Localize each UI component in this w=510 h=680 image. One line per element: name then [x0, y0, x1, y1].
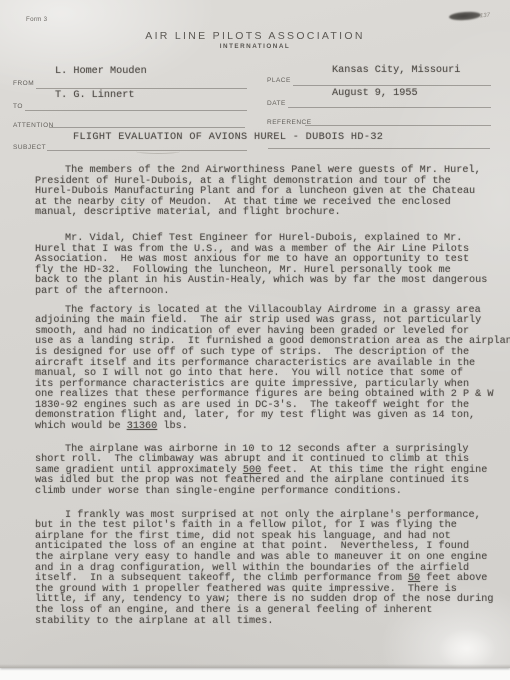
date-field-rule [288, 107, 491, 108]
scanned-memo-background: { "header": { "form_number": "Form 3", "… [0, 0, 510, 680]
organization-title: AIR LINE PILOTS ASSOCIATION [0, 30, 510, 42]
paragraph: I frankly was most surprised at not only… [35, 511, 510, 628]
from-label: FROM [13, 80, 34, 87]
underlined-number: 50 [408, 573, 420, 584]
form-number: Form 3 [26, 16, 47, 23]
to-value: T. G. Linnert [55, 90, 134, 101]
attention-field-rule [49, 127, 245, 128]
reference-field-rule [305, 125, 491, 126]
to-label: TO [13, 103, 23, 110]
from-field-rule [36, 88, 247, 89]
page-bottom-edge [0, 664, 510, 668]
to-field-rule [25, 110, 247, 111]
paragraph: The airplane was airborne in 10 to 12 se… [35, 445, 510, 498]
body-paragraphs: The members of the 2nd Airworthiness Pan… [35, 166, 510, 627]
subject-field-rule-right [268, 148, 490, 149]
pencil-squiggle-mark [136, 149, 180, 154]
place-field-rule [293, 85, 491, 86]
paragraph: Mr. Vidal, Chief Test Engineer for Hurel… [35, 234, 510, 298]
place-value: Kansas City, Missouri [332, 65, 460, 76]
date-value: August 9, 1955 [332, 88, 418, 99]
subject-value: FLIGHT EVALUATION OF AVIONS HUREL - DUBO… [73, 132, 383, 143]
underlined-number: 31360 [127, 421, 158, 432]
organization-subtitle: INTERNATIONAL [0, 43, 510, 50]
memo-page: Form 3 137 AIR LINE PILOTS ASSOCIATION I… [0, 0, 510, 668]
paragraph: The factory is located at the Villacoubl… [35, 306, 510, 433]
attention-label: ATTENTION [13, 122, 54, 129]
scan-smudge [438, 628, 496, 668]
ink-stamp-icon [449, 11, 481, 21]
date-label: DATE [267, 100, 286, 107]
subject-label: SUBJECT [13, 144, 46, 151]
stamp-number: 137 [480, 13, 490, 20]
place-label: PLACE [267, 77, 291, 84]
from-value: L. Homer Mouden [55, 66, 147, 77]
underlined-number: 500 [243, 465, 261, 476]
paragraph: The members of the 2nd Airworthiness Pan… [35, 166, 510, 219]
